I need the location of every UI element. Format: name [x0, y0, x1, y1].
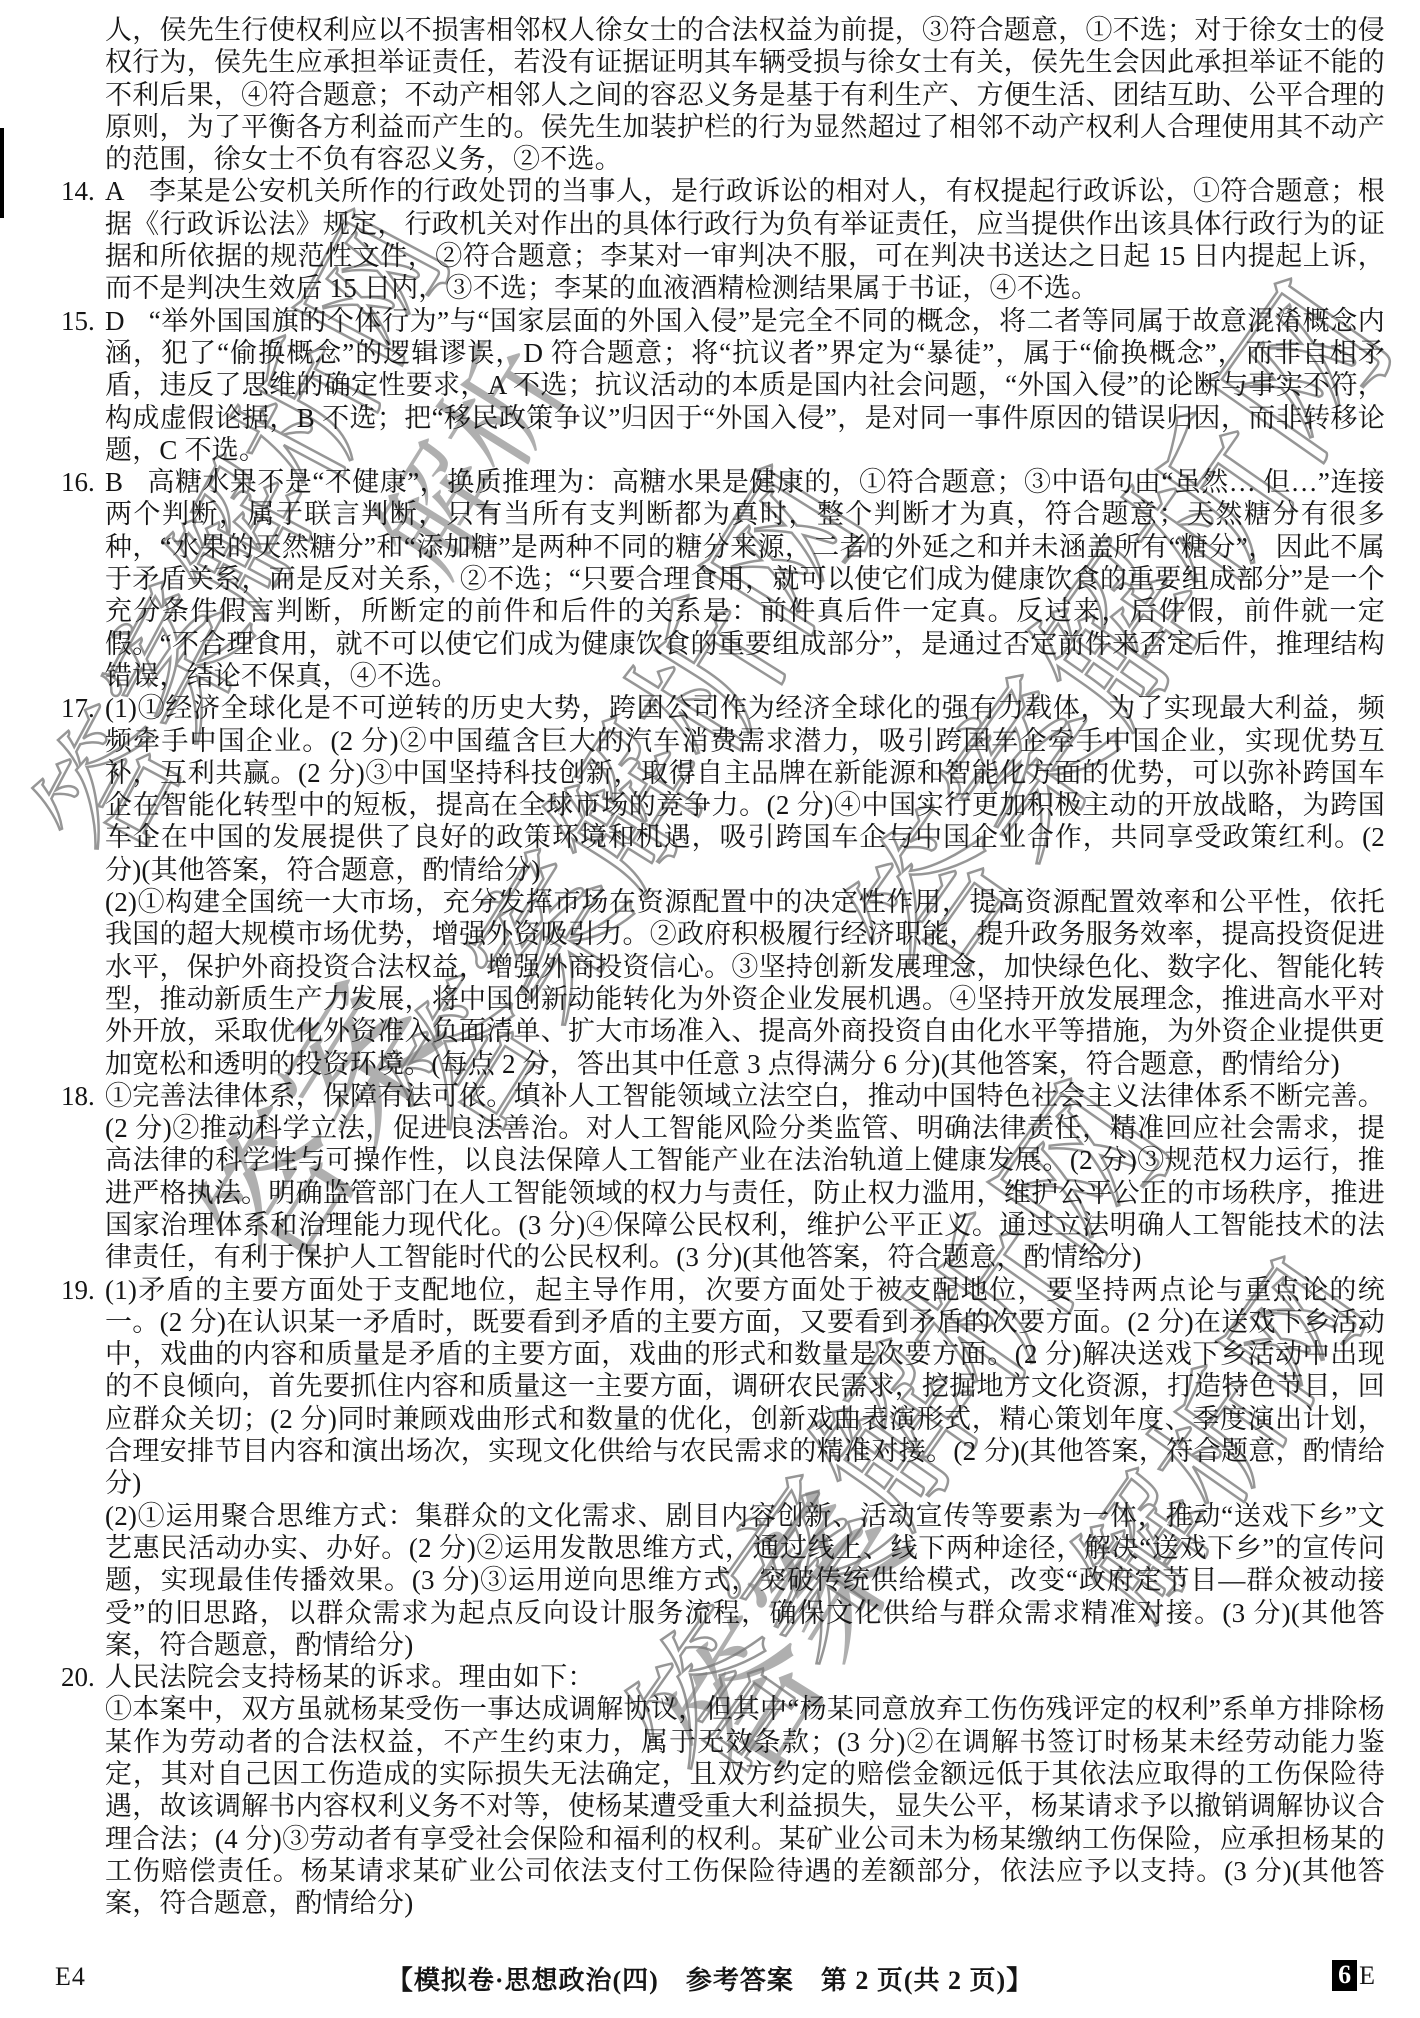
answer-letter: D [105, 305, 125, 337]
answer-paragraph: 20.人民法院会支持杨某的诉求。理由如下： [105, 1661, 1385, 1693]
answer-letter: A [105, 175, 125, 207]
answer-paragraph: 16.B高糖水果不是“不健康”，换质推理为：高糖水果是健康的，①符合题意；③中语… [105, 466, 1385, 692]
item-number: 18. [61, 1080, 95, 1112]
footer-badge-suffix: E [1359, 1961, 1375, 1991]
answer-text: (2)①构建全国统一大市场，充分发挥市场在资源配置中的决定性作用，提高资源配置效… [105, 887, 1385, 1078]
scan-edge-artifact [0, 128, 4, 218]
answer-paragraph: (2)①构建全国统一大市场，充分发挥市场在资源配置中的决定性作用，提高资源配置效… [105, 886, 1385, 1080]
answer-text: “举外国国旗的个体行为”与“国家层面的外国入侵”是完全不同的概念，将二者等同属于… [105, 306, 1385, 465]
answer-paragraph: 17.(1)①经济全球化是不可逆转的历史大势，跨国公司作为经济全球化的强有力载体… [105, 692, 1385, 886]
answer-sheet-page: 答案解析网解析答案解析网答案解析网答案答案解析网答案解析网 人，侯先生行使权利应… [0, 0, 1420, 2018]
item-number: 19. [61, 1274, 95, 1306]
answer-text: 李某是公安机关所作的行政处罚的当事人，是行政诉讼的相对人，有权提起行政诉讼，①符… [105, 176, 1385, 303]
answer-paragraph: 14.A李某是公安机关所作的行政处罚的当事人，是行政诉讼的相对人，有权提起行政诉… [105, 175, 1385, 304]
answer-text: (2)①运用聚合思维方式：集群众的文化需求、剧目内容创新、活动宣传等要素为一体，… [105, 1501, 1385, 1660]
item-number: 14. [61, 175, 95, 207]
answer-text: (1)①经济全球化是不可逆转的历史大势，跨国公司作为经济全球化的强有力载体，为了… [105, 693, 1385, 884]
answers-content: 人，侯先生行使权利应以不损害相邻权人徐女士的合法权益为前提，③符合题意，①不选；… [105, 14, 1385, 1920]
answer-text: 人，侯先生行使权利应以不损害相邻权人徐女士的合法权益为前提，③符合题意，①不选；… [105, 15, 1385, 174]
item-number: 20. [61, 1661, 95, 1693]
answer-paragraph: 人，侯先生行使权利应以不损害相邻权人徐女士的合法权益为前提，③符合题意，①不选；… [105, 14, 1385, 175]
answer-paragraph: ①本案中，双方虽就杨某受伤一事达成调解协议，但其中“杨某同意放弃工伤伤残评定的权… [105, 1693, 1385, 1919]
footer-title: 【模拟卷·思想政治(四) 参考答案 第 2 页(共 2 页)】 [0, 1960, 1420, 1997]
answer-text: ①本案中，双方虽就杨某受伤一事达成调解协议，但其中“杨某同意放弃工伤伤残评定的权… [105, 1694, 1385, 1918]
answer-paragraph: 19.(1)矛盾的主要方面处于支配地位，起主导作用，次要方面处于被支配地位，要坚… [105, 1274, 1385, 1500]
answer-paragraph: 18.①完善法律体系，保障有法可依。填补人工智能领域立法空白，推动中国特色社会主… [105, 1080, 1385, 1274]
page-footer: E4 【模拟卷·思想政治(四) 参考答案 第 2 页(共 2 页)】 6 E [0, 1958, 1420, 1998]
footer-code-right: 6 E [1332, 1960, 1375, 1991]
answer-text: (1)矛盾的主要方面处于支配地位，起主导作用，次要方面处于被支配地位，要坚持两点… [105, 1275, 1385, 1499]
answer-paragraph: 15.D“举外国国旗的个体行为”与“国家层面的外国入侵”是完全不同的概念，将二者… [105, 305, 1385, 466]
answer-paragraph: (2)①运用聚合思维方式：集群众的文化需求、剧目内容创新、活动宣传等要素为一体，… [105, 1500, 1385, 1661]
answer-letter: B [105, 466, 123, 498]
item-number: 17. [61, 692, 95, 724]
answer-text: 人民法院会支持杨某的诉求。理由如下： [105, 1662, 595, 1692]
item-number: 15. [61, 305, 95, 337]
footer-badge: 6 [1332, 1960, 1357, 1991]
item-number: 16. [61, 466, 95, 498]
answer-text: ①完善法律体系，保障有法可依。填补人工智能领域立法空白，推动中国特色社会主义法律… [105, 1081, 1385, 1272]
answer-text: 高糖水果不是“不健康”，换质推理为：高糖水果是健康的，①符合题意；③中语句由“虽… [105, 467, 1385, 691]
